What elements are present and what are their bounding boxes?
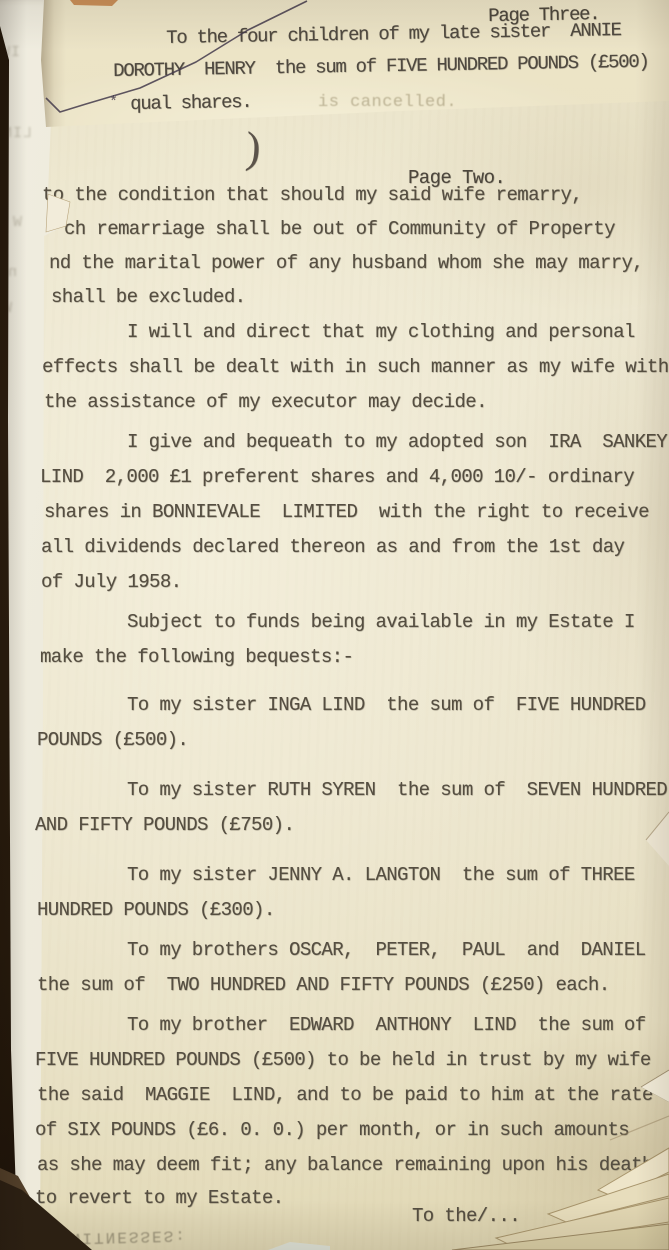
typed-line: To the four children of my late sister A… [166, 20, 621, 49]
typed-line: DOROTHY HENRY the sum of FIVE HUNDRED PO… [113, 52, 649, 82]
cancelled-ghost-note: is cancelled. [318, 93, 457, 112]
pen-asterisk-mark: * [109, 94, 118, 111]
page-three-text-layer: Page Three. To the four children of my l… [0, 0, 669, 1250]
photo-of-will-document: LIN W n W IW ) Page Two. to the conditio… [0, 0, 669, 1250]
typed-line: qual shares. [130, 92, 252, 115]
